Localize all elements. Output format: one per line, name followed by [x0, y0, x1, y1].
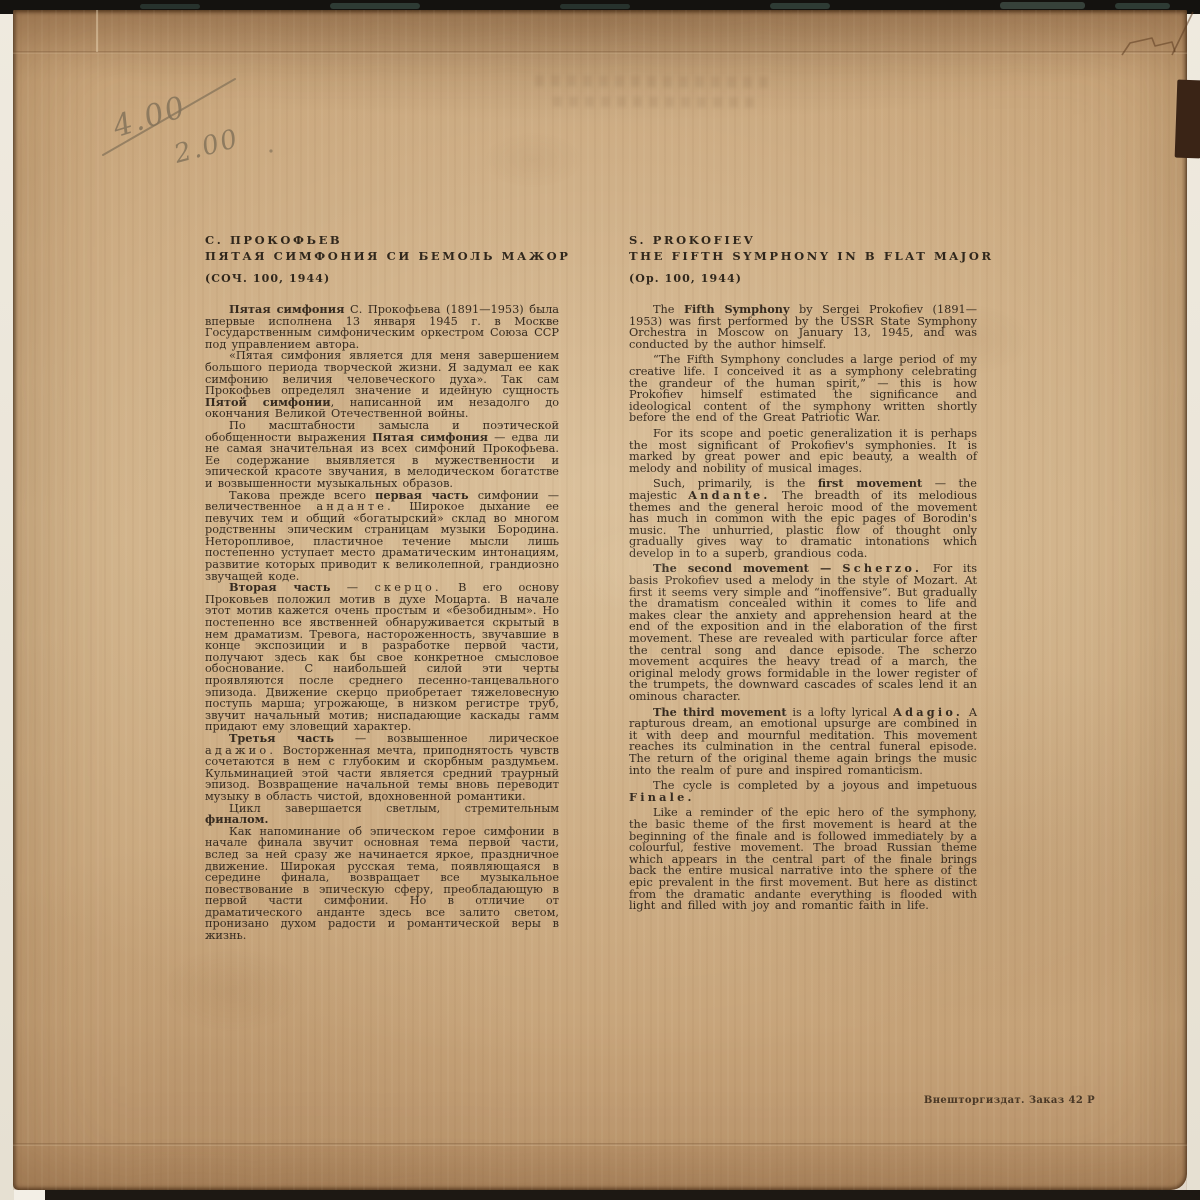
paragraph: Вторая часть — скерцо. В его основу Прок…: [205, 582, 559, 733]
vertical-crease: [96, 10, 98, 52]
strip-smudge: [1115, 3, 1170, 9]
notes-body-ru: Пятая симфония С. Прокофьева (1891—1953)…: [205, 304, 559, 942]
new-price: 2.00: [170, 124, 242, 170]
paragraph: The second movement — Scherzo. For its b…: [629, 563, 977, 702]
paragraph: «Пятая симфония является для меня заверш…: [205, 350, 559, 420]
paragraph: Такова прежде всего первая часть симфони…: [205, 490, 559, 583]
paragraph: “The Fifth Symphony concludes a large pe…: [629, 354, 977, 424]
tape-fragment: [1175, 80, 1200, 159]
composer-name-ru: С. ПРОКОФЬЕВ: [205, 232, 559, 248]
work-title-en: THE FIFTH SYMPHONY IN B FLAT MAJOR: [629, 248, 977, 264]
liner-notes: С. ПРОКОФЬЕВ ПЯТАЯ СИМФОНИЯ СИ БЕМОЛЬ МА…: [205, 232, 977, 942]
text-run: Finale.: [629, 790, 695, 804]
paragraph: Как напоминание об эпическом герое симфо…: [205, 826, 559, 942]
paragraph: Пятая симфония С. Прокофьева (1891—1953)…: [205, 304, 559, 350]
text-run: Like a reminder of the epic hero of the …: [629, 806, 977, 912]
strip-smudge: [770, 3, 830, 9]
text-run: The cycle is completed by a joyous and i…: [653, 779, 977, 792]
paragraph: Like a reminder of the epic hero of the …: [629, 807, 977, 911]
work-title-ru: ПЯТАЯ СИМФОНИЯ СИ БЕМОЛЬ МАЖОР: [205, 248, 559, 264]
composer-name-en: S. PROKOFIEV: [629, 232, 977, 248]
text-run: For its scope and poetic generalization …: [629, 427, 977, 475]
opus-line-en: (Op. 100, 1944): [629, 272, 977, 285]
show-through-smudge: [535, 75, 773, 88]
liner-notes-english: S. PROKOFIEV THE FIFTH SYMPHONY IN B FLA…: [629, 232, 977, 942]
text-run: В его основу Проковьев положил мотив в д…: [205, 581, 559, 733]
text-run: Широкое дыхание ее певучих тем и общий «…: [205, 500, 559, 583]
paragraph: Третья часть — возвышенное лирическое ад…: [205, 733, 559, 803]
bottom-fold-shading: [13, 1146, 1187, 1190]
text-run: For its basis Prokofiev used a melody in…: [629, 562, 977, 703]
pencil-dot: [269, 149, 272, 152]
fold-crease-top: [13, 51, 1187, 54]
top-fold-shading: [13, 10, 1187, 52]
old-price: 4.00: [108, 90, 191, 146]
strip-smudge: [330, 3, 420, 9]
scanned-album-back: 4.00 2.00 С. ПРОКОФЬЕВ ПЯТАЯ СИМФОНИЯ СИ…: [0, 0, 1200, 1200]
text-run: Цикл завершается светлым, стремительным: [229, 802, 559, 815]
pencil-price-note: 4.00 2.00: [93, 65, 303, 175]
scan-margin-right: [1186, 0, 1200, 1200]
paragraph: Such, primarily, is the first movement —…: [629, 478, 977, 559]
text-run: «Пятая симфония является для меня заверш…: [205, 349, 559, 397]
show-through-smudge: [553, 96, 758, 107]
scan-margin-left: [0, 0, 14, 1200]
paragraph: The Fifth Symphony by Sergei Prokofiev (…: [629, 304, 977, 350]
strip-smudge: [1000, 2, 1085, 9]
publisher-imprint: Внешторгиздат. Заказ 42 Р: [713, 1095, 1095, 1106]
paragraph: For its scope and poetic generalization …: [629, 428, 977, 474]
strip-smudge: [560, 4, 630, 9]
strip-smudge: [140, 4, 200, 9]
backdrop-bottom-edge: [45, 1190, 1200, 1200]
text-run: “The Fifth Symphony concludes a large pe…: [629, 353, 977, 424]
liner-notes-russian: С. ПРОКОФЬЕВ ПЯТАЯ СИМФОНИЯ СИ БЕМОЛЬ МА…: [205, 232, 559, 942]
paragraph: The cycle is completed by a joyous and i…: [629, 780, 977, 803]
paragraph: The third movement is a lofty lyrical Ad…: [629, 707, 977, 777]
text-run: A rapturous dream, an emotional upsurge …: [629, 706, 977, 777]
paragraph: По масштабности замысла и поэтической об…: [205, 420, 559, 490]
text-run: The breadth of its melodious themes and …: [629, 489, 977, 560]
paragraph: Цикл завершается светлым, стремительным …: [205, 803, 559, 826]
text-run: Как напоминание об эпическом герое симфо…: [205, 825, 559, 942]
corner-crease-mark: [1108, 10, 1200, 70]
record-sleeve-back: 4.00 2.00 С. ПРОКОФЬЕВ ПЯТАЯ СИМФОНИЯ СИ…: [13, 10, 1187, 1190]
opus-line-ru: (СОЧ. 100, 1944): [205, 272, 559, 285]
notes-body-en: The Fifth Symphony by Sergei Prokofiev (…: [629, 304, 977, 912]
